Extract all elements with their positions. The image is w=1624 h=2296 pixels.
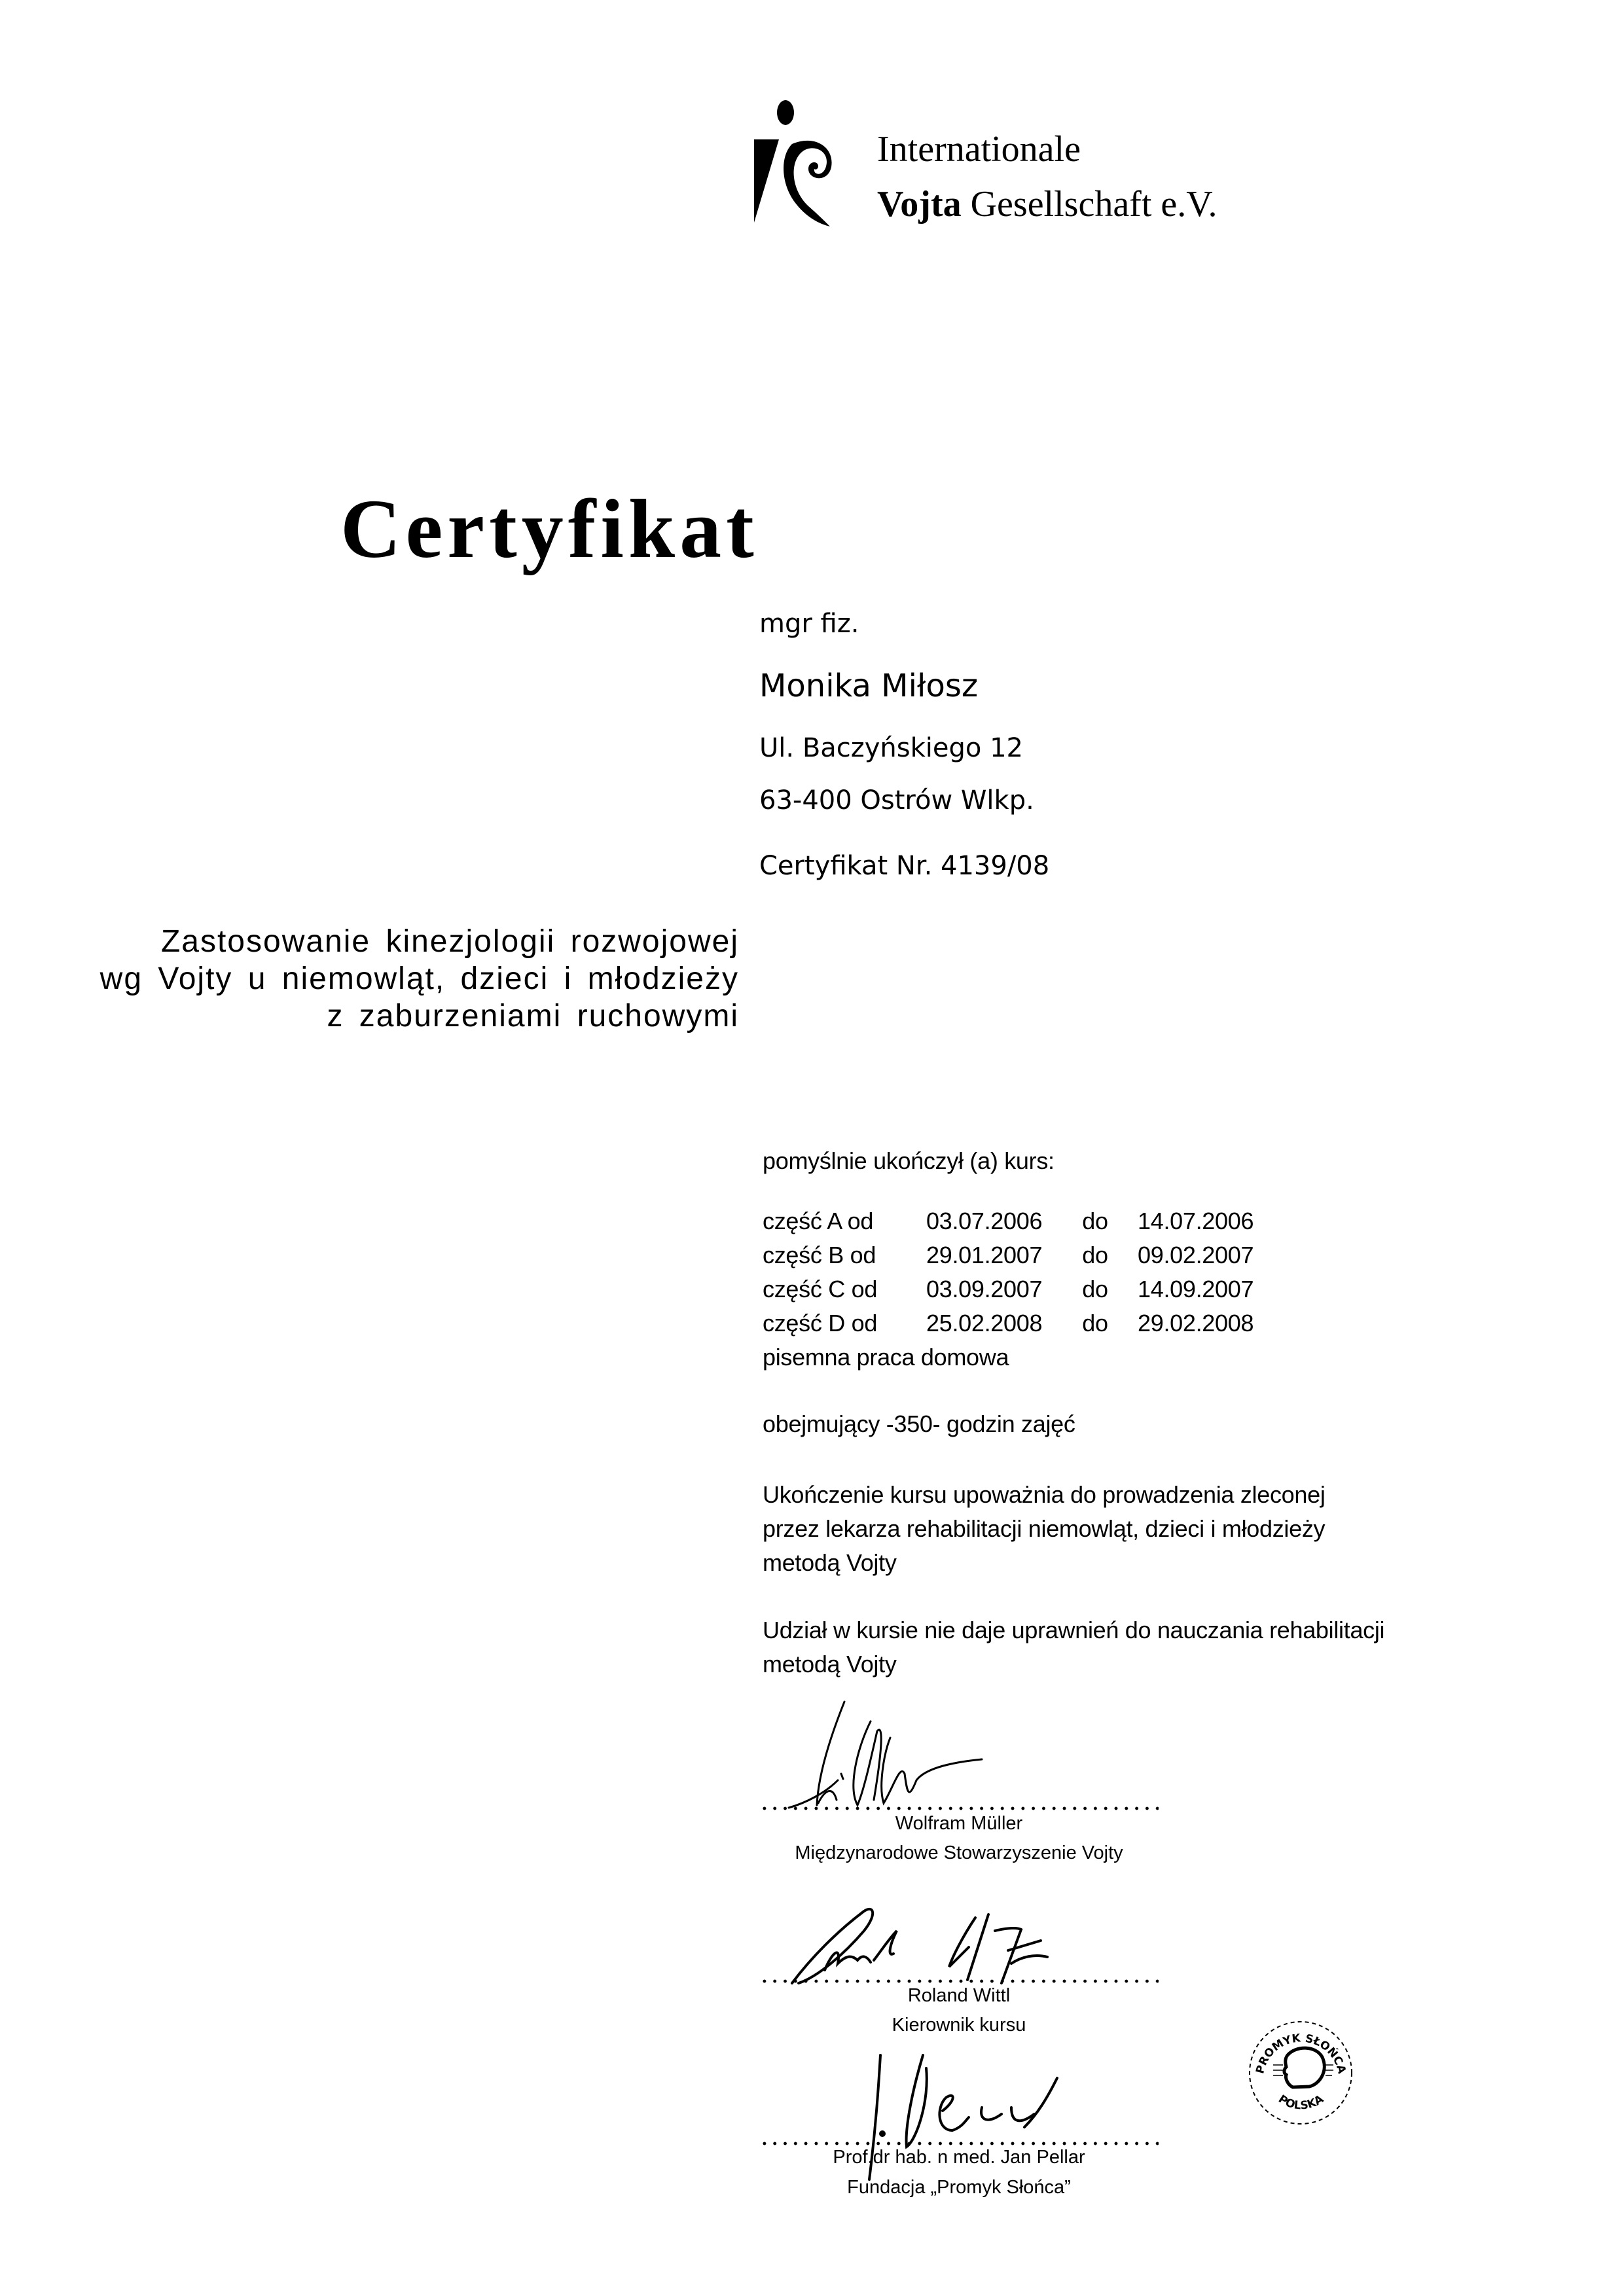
part-end-date: 29.02.2008: [1138, 1306, 1282, 1340]
part-label: część A od: [763, 1204, 926, 1238]
course-parts-list: część A od 03.07.2006 do 14.07.2006 częś…: [763, 1204, 1282, 1340]
part-end-date: 09.02.2007: [1138, 1238, 1282, 1272]
course-part-row: część C od 03.09.2007 do 14.09.2007: [763, 1272, 1282, 1306]
svg-text:POLSKA: POLSKA: [1276, 2092, 1326, 2113]
course-name-line: z zaburzeniami ruchowymi: [100, 997, 739, 1035]
part-end-date: 14.09.2007: [1138, 1272, 1282, 1306]
course-part-row: część A od 03.07.2006 do 14.07.2006: [763, 1204, 1282, 1238]
completion-statement: pomyślnie ukończył (a) kurs:: [763, 1144, 1055, 1178]
signatory-name: Wolfram Müller: [759, 1813, 1159, 1835]
part-separator: do: [1066, 1238, 1125, 1272]
org-name-bold: Vojta: [877, 184, 962, 224]
signatory-name: Prof.dr hab. n med. Jan Pellar: [759, 2147, 1159, 2168]
recipient-academic-title: mgr fiz.: [759, 609, 859, 639]
course-name-line: Zastosowanie kinezjologii rozwojowej: [100, 923, 739, 960]
part-label: część B od: [763, 1238, 926, 1272]
course-part-row: część D od 25.02.2008 do 29.02.2008: [763, 1306, 1282, 1340]
signatory-role: Fundacja „Promyk Słońca”: [759, 2177, 1159, 2198]
part-start-date: 03.09.2007: [926, 1272, 1066, 1306]
restriction-line: Udział w kursie nie daje uprawnień do na…: [763, 1613, 1384, 1647]
org-name-line1: Internationale: [877, 128, 1081, 170]
certificate-number: Certyfikat Nr. 4139/08: [759, 851, 1049, 881]
part-separator: do: [1066, 1306, 1125, 1340]
org-name-rest: Gesellschaft e.V.: [962, 184, 1218, 224]
authorization-statement: Ukończenie kursu upoważnia do prowadzeni…: [763, 1478, 1326, 1580]
part-separator: do: [1066, 1204, 1125, 1238]
course-name: Zastosowanie kinezjologii rozwojowej wg …: [100, 923, 739, 1035]
teaching-restriction-statement: Udział w kursie nie daje uprawnień do na…: [763, 1613, 1384, 1681]
restriction-line: metodą Vojty: [763, 1647, 1384, 1681]
part-label: część D od: [763, 1306, 926, 1340]
svg-text:PROMYK SŁOŃCA: PROMYK SŁOŃCA: [1254, 2032, 1348, 2075]
authorization-line: Ukończenie kursu upoważnia do prowadzeni…: [763, 1478, 1326, 1512]
signature-line: [759, 1806, 1159, 1810]
part-label: część C od: [763, 1272, 926, 1306]
signatory-role: Kierownik kursu: [759, 2015, 1159, 2036]
part-start-date: 03.07.2006: [926, 1204, 1066, 1238]
course-name-line: wg Vojty u niemowląt, dzieci i młodzieży: [100, 960, 739, 997]
course-part-row: część B od 29.01.2007 do 09.02.2007: [763, 1238, 1282, 1272]
signature-line: [759, 1979, 1159, 1983]
org-name-line2: Vojta Gesellschaft e.V.: [877, 183, 1217, 225]
part-end-date: 14.07.2006: [1138, 1204, 1282, 1238]
authorization-line: metodą Vojty: [763, 1546, 1326, 1580]
part-start-date: 25.02.2008: [926, 1306, 1066, 1340]
authorization-line: przez lekarza rehabilitacji niemowląt, d…: [763, 1512, 1326, 1546]
vojta-logo-icon: [753, 98, 864, 229]
signature-block-pellar: Prof.dr hab. n med. Jan Pellar Fundacja …: [759, 2049, 1159, 2193]
homework-requirement: pisemna praca domowa: [763, 1340, 1009, 1374]
certificate-title: Certyfikat: [340, 481, 759, 577]
stamp-bottom-text: POLSKA: [1276, 2092, 1326, 2113]
course-hours: obejmujący -350- godzin zajęć: [763, 1407, 1075, 1441]
foundation-stamp-icon: PROMYK SŁOŃCA POLSKA: [1247, 2019, 1355, 2127]
signature-block-mueller: Wolfram Müller Międzynarodowe Stowarzysz…: [759, 1702, 1159, 1872]
signature-line: [759, 2142, 1159, 2145]
stamp-top-text: PROMYK SŁOŃCA: [1254, 2032, 1348, 2075]
signature-block-wittl: Roland Wittl Kierownik kursu: [759, 1892, 1159, 2036]
signatory-role: Międzynarodowe Stowarzyszenie Vojty: [759, 1842, 1159, 1864]
recipient-city: 63-400 Ostrów Wlkp.: [759, 785, 1034, 816]
recipient-name: Monika Miłosz: [759, 668, 978, 704]
recipient-street: Ul. Baczyńskiego 12: [759, 733, 1023, 763]
part-separator: do: [1066, 1272, 1125, 1306]
part-start-date: 29.01.2007: [926, 1238, 1066, 1272]
signatory-name: Roland Wittl: [759, 1985, 1159, 2007]
